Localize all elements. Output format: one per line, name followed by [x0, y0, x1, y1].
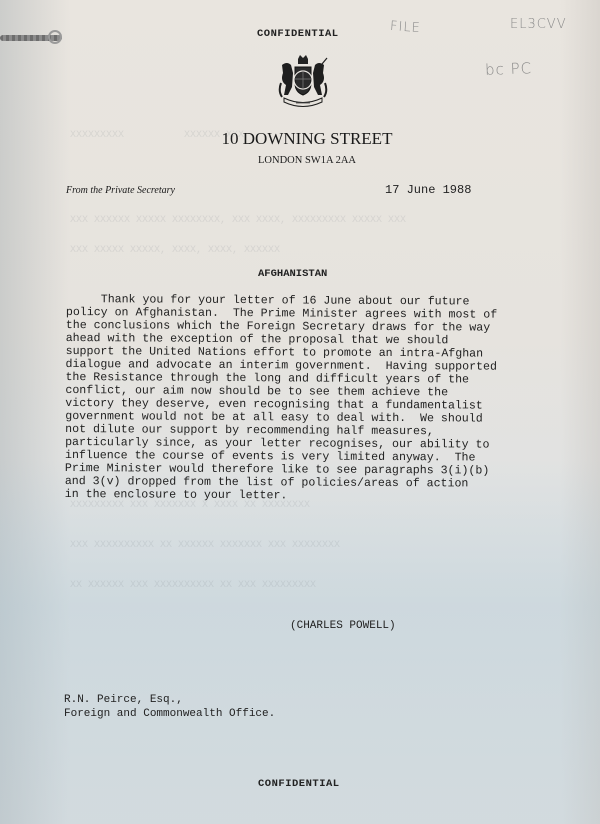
treasury-tag-eyelet	[48, 30, 62, 44]
paper-tint	[0, 460, 600, 824]
letterhead-address-city: LONDON SW1A 2AA	[0, 155, 600, 166]
letter-body: Thank you for your letter of 16 June abo…	[65, 293, 546, 504]
page-shadow-right	[560, 0, 600, 824]
signature: (CHARLES POWELL)	[290, 620, 396, 632]
royal-coat-of-arms-icon	[278, 55, 328, 110]
recipient-name: R.N. Peirce, Esq.,	[64, 694, 183, 706]
handwritten-file-note: FILE	[390, 19, 422, 36]
handwritten-cc-note: bc PC	[485, 59, 533, 79]
handwritten-reference: EL3CVV	[510, 17, 567, 32]
letter-subject: AFGHANISTAN	[258, 268, 327, 280]
letterhead-address-street: 10 DOWNING STREET	[0, 129, 600, 149]
letter-date: 17 June 1988	[385, 183, 471, 197]
show-through-text: XX XXXXXX XXX XXXXXXXXXX XX XXX XXXXXXXX…	[70, 580, 316, 591]
show-through-text: XXX XXXXXX XXXXX XXXXXXXX, XXX XXXX, XXX…	[70, 215, 406, 226]
recipient-organisation: Foreign and Commonwealth Office.	[64, 708, 275, 720]
show-through-text: XXX XXXXXXXXXX XX XXXXXX XXXXXXX XXX XXX…	[70, 540, 340, 551]
sender-title: From the Private Secretary	[66, 185, 175, 196]
page-shadow-left	[0, 0, 70, 824]
classification-top: CONFIDENTIAL	[257, 28, 339, 40]
classification-bottom: CONFIDENTIAL	[258, 778, 340, 790]
show-through-text: XXX XXXXX XXXXX, XXXX, XXXX, XXXXXX	[70, 245, 280, 256]
